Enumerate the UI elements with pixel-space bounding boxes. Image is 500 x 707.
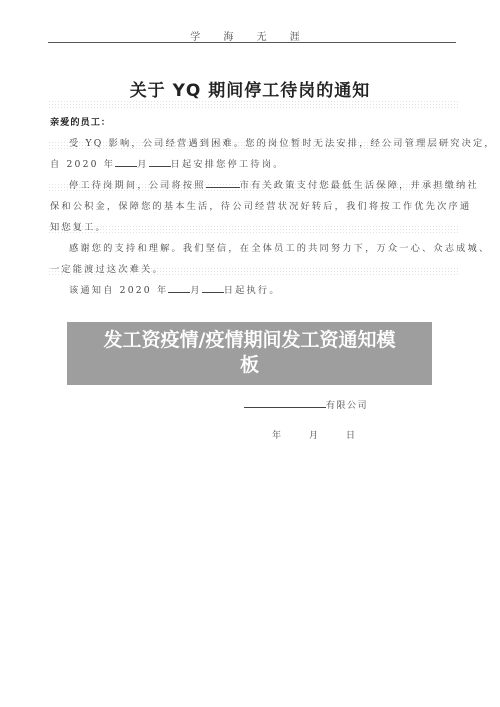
paragraph-3: 感谢您的支持和理解。我们坚信，在全体员工的共同努力下，万众一心、众志成城、 一定…: [50, 238, 460, 280]
overlay-line-1: 发工资疫情/疫情期间发工资通知模: [67, 328, 432, 353]
dotted-band: [48, 100, 458, 110]
paragraph-2: 停工待岗期间，公司将按照市有关政策支付您最低生活保障，并承担缴纳社 保和公积金，…: [50, 175, 460, 238]
paragraph-2-line-2: 保和公积金，保障您的基本生活，待公司经营状况好转后，我们将按工作优先次序通: [50, 196, 460, 217]
paragraph-1-line-1: 受 YQ 影响，公司经营遇到困难。您的岗位暂时无法安排，经公司管理层研究决定，: [50, 133, 460, 154]
title-overlay-banner: 发工资疫情/疫情期间发工资通知模 板: [67, 322, 432, 385]
text: 月: [137, 159, 148, 170]
signature-date: 年月日: [272, 428, 383, 441]
paragraph-3-line-2: 一定能渡过这次难关。: [50, 259, 460, 280]
header-text: 学 海 无 涯: [0, 28, 500, 43]
salutation: 亲爱的员工：: [50, 112, 460, 133]
text: 月: [190, 285, 201, 296]
paragraph-3-line-1: 感谢您的支持和理解。我们坚信，在全体员工的共同努力下，万众一心、众志成城、: [50, 238, 460, 259]
paragraph-2-line-1: 停工待岗期间，公司将按照市有关政策支付您最低生活保障，并承担缴纳社: [50, 175, 460, 196]
blank-month: [115, 157, 137, 167]
paragraph-4: 该通知自 2020 年月日起执行。: [50, 280, 460, 301]
document-title: 关于 YQ 期间停工待岗的通知: [0, 76, 500, 101]
overlay-line-2: 板: [67, 353, 432, 378]
company-suffix: 有限公司: [326, 401, 368, 411]
date-month: 月: [309, 428, 318, 441]
date-year: 年: [272, 428, 281, 441]
paragraph-2-line-3: 知您复工。: [50, 217, 460, 238]
text: 日起安排您停工待岗。: [171, 159, 285, 170]
text: 日起执行。: [224, 285, 281, 296]
blank-day: [149, 157, 171, 167]
header-divider: [48, 42, 456, 43]
text: 该通知自 2020 年: [69, 285, 168, 296]
date-day: 日: [346, 428, 355, 441]
text: 市有关政策支付您最低生活保障，并承担缴纳社: [240, 180, 479, 191]
blank-company: [244, 398, 326, 408]
paragraph-4-line-1: 该通知自 2020 年月日起执行。: [50, 280, 460, 301]
blank-day: [202, 283, 224, 293]
signature-line: 有限公司: [244, 398, 368, 411]
blank-month: [168, 283, 190, 293]
paragraph-1: 受 YQ 影响，公司经营遇到困难。您的岗位暂时无法安排，经公司管理层研究决定， …: [50, 133, 460, 175]
paragraph-1-line-2: 自 2020 年月日起安排您停工待岗。: [50, 154, 460, 175]
blank-city: [206, 178, 240, 188]
text: 停工待岗期间，公司将按照: [69, 180, 206, 191]
text: 自 2020 年: [50, 159, 115, 170]
